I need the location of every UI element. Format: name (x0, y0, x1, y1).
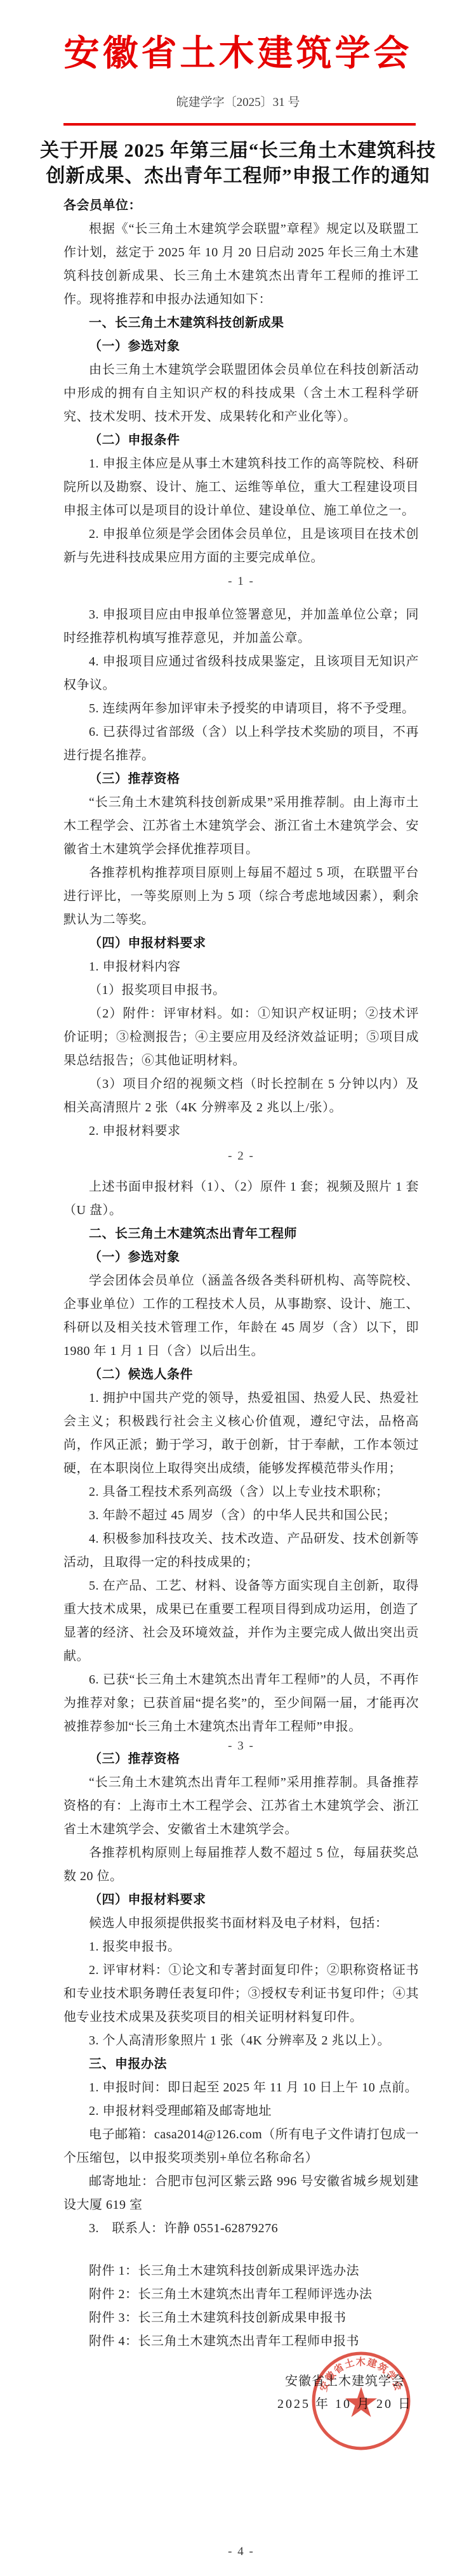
subsection-heading: （一）参选对象 (63, 1246, 419, 1269)
document-body: 各会员单位：根据《“长三角土木建筑学会联盟”章程》规定以及联盟工作计划，兹定于 … (0, 189, 476, 2576)
body-paragraph: 邮寄地址：合肥市包河区紫云路 996 号安徽省城乡规划建设大厦 619 室 (63, 2170, 419, 2217)
body-paragraph: 3. 年龄不超过 45 周岁（含）的中华人民共和国公民； (63, 1504, 419, 1527)
body-paragraph: 5. 在产品、工艺、材料、设备等方面实现自主创新，取得重大技术成果，成果已在重要… (63, 1574, 419, 1668)
body-paragraph: 3. 个人高清形象照片 1 张（4K 分辨率及 2 兆以上）。 (63, 2029, 419, 2053)
body-paragraph: 候选人申报须提供报奖书面材料及电子材料，包括： (63, 1912, 419, 1935)
body-paragraph: “长三角土木建筑杰出青年工程师”采用推荐制。具备推荐资格的有：上海市土木工程学会… (63, 1771, 419, 1841)
page-3: 上述书面申报材料（1）、（2）原件 1 套；视频及照片 1 套（U 盘）。二、长… (0, 1168, 476, 1740)
subsection-heading: （四）申报材料要求 (63, 1888, 419, 1912)
subsection-heading: （一）参选对象 (63, 335, 419, 358)
official-seal: 安徽省土木建筑学会 (310, 2350, 413, 2452)
red-divider-rule (63, 123, 416, 126)
page-number: - 1 - (63, 574, 419, 593)
page-2: 3. 申报项目应由申报单位签署意见，并加盖单位公章；同时经推荐机构填写推荐意见，… (0, 593, 476, 1168)
body-paragraph: 2. 申报单位须是学会团体会员单位，且是该项目在技术创新与先进科技成果应用方面的… (63, 523, 419, 570)
salutation: 各会员单位： (63, 194, 419, 218)
body-paragraph: 4. 积极参加科技攻关、技术改造、产品研发、技术创新等活动，且取得一定的科技成果… (63, 1527, 419, 1574)
body-paragraph: 5. 连续两年参加评审未予授奖的申请项目，将不予受理。 (63, 697, 419, 721)
body-paragraph: 1. 报奖申报书。 (63, 1935, 419, 1959)
body-paragraph: “长三角土木建筑科技创新成果”采用推荐制。由上海市土木工程学会、江苏省土木建筑学… (63, 791, 419, 861)
document-number: 皖建学字〔2025〕31 号 (0, 95, 476, 110)
attachment-list: 附件 1：长三角土木建筑科技创新成果评选办法附件 2：长三角土木建筑杰出青年工程… (63, 2259, 419, 2353)
notice-title: 关于开展 2025 年第三届“长三角土木建筑科技 创新成果、杰出青年工程师”申报… (0, 138, 476, 189)
attachment-item: 附件 3：长三角土木建筑科技创新成果申报书 (63, 2306, 419, 2330)
attachment-item: 附件 2：长三角土木建筑杰出青年工程师评选办法 (63, 2283, 419, 2306)
subsection-heading: （三）推荐资格 (63, 1748, 419, 1771)
body-paragraph: 6. 已获“长三角土木建筑杰出青年工程师”的人员，不再作为推荐对象；已获首届“提… (63, 1668, 419, 1739)
attachment-item: 附件 1：长三角土木建筑科技创新成果评选办法 (63, 2259, 419, 2283)
body-paragraph: 1. 申报主体应是从事土木建筑科技工作的高等院校、科研院所以及勘察、设计、施工、… (63, 452, 419, 523)
body-paragraph: 1. 申报材料内容 (63, 955, 419, 979)
subsection-heading: （二）候选人条件 (63, 1363, 419, 1387)
section-heading: 一、长三角土木建筑科技创新成果 (63, 311, 419, 335)
body-paragraph: 各推荐机构推荐项目原则上每届不超过 5 项，在联盟平台进行评比，一等奖原则上为 … (63, 861, 419, 932)
body-paragraph: 学会团体会员单位（涵盖各级各类科研机构、高等院校、企事业单位）工作的工程技术人员… (63, 1269, 419, 1363)
organization-title: 安徽省土木建筑学会 (0, 0, 476, 79)
seal-star-icon (345, 2387, 377, 2417)
body-paragraph: 由长三角土木建筑学会联盟团体会员单位在科技创新活动中形成的拥有自主知识产权的科技… (63, 358, 419, 429)
section-heading: 二、长三角土木建筑杰出青年工程师 (63, 1222, 419, 1246)
body-paragraph: 电子邮箱：casa2014@126.com（所有电子文件请打包成一个压缩包，以申… (63, 2123, 419, 2170)
body-paragraph: 根据《“长三角土木建筑学会联盟”章程》规定以及联盟工作计划，兹定于 2025 年… (63, 218, 419, 311)
page-number: - 2 - (63, 1149, 419, 1168)
official-notice-document: 安徽省土木建筑学会 皖建学字〔2025〕31 号 关于开展 2025 年第三届“… (0, 0, 476, 2576)
body-paragraph: 3. 申报项目应由申报单位签署意见，并加盖单位公章；同时经推荐机构填写推荐意见，… (63, 603, 419, 650)
body-paragraph: 1. 拥护中国共产党的领导，热爱祖国、热爱人民、热爱社会主义；积极践行社会主义核… (63, 1387, 419, 1481)
body-paragraph: 2. 具备工程技术系列高级（含）以上专业技术职称； (63, 1481, 419, 1504)
body-paragraph: 上述书面申报材料（1）、（2）原件 1 套；视频及照片 1 套（U 盘）。 (63, 1175, 419, 1222)
body-paragraph: 1. 申报时间：即日起至 2025 年 11 月 10 日上午 10 点前。 (63, 2076, 419, 2100)
page-1: 各会员单位：根据《“长三角土木建筑学会联盟”章程》规定以及联盟工作计划，兹定于 … (0, 189, 476, 593)
body-paragraph: （1）报奖项目申报书。 (63, 979, 419, 1002)
body-paragraph: 2. 申报材料受理邮箱及邮寄地址 (63, 2100, 419, 2123)
document-header: 安徽省土木建筑学会 皖建学字〔2025〕31 号 关于开展 2025 年第三届“… (0, 0, 476, 189)
page-number: - 4 - (63, 2544, 419, 2563)
body-paragraph: 2. 申报材料要求 (63, 1120, 419, 1143)
notice-title-line-2: 创新成果、杰出青年工程师”申报工作的通知 (0, 164, 476, 189)
subsection-heading: （四）申报材料要求 (63, 932, 419, 955)
body-paragraph: 2. 评审材料：①论文和专著封面复印件；②职称资格证书和专业技术职务聘任表复印件… (63, 1959, 419, 2029)
notice-title-line-1: 关于开展 2025 年第三届“长三角土木建筑科技 (0, 138, 476, 164)
body-paragraph: （2）附件：评审材料。如：①知识产权证明；②技术评价证明；③检测报告；④主要应用… (63, 1002, 419, 1073)
body-paragraph: 各推荐机构原则上每届推荐人数不超过 5 位，每届获奖总数 20 位。 (63, 1841, 419, 1888)
body-paragraph: 4. 申报项目应通过省级科技成果鉴定，且该项目无知识产权争议。 (63, 650, 419, 697)
body-paragraph: （3）项目介绍的视频文档（时长控制在 5 分钟以内）及相关高清照片 2 张（4K… (63, 1073, 419, 1120)
body-paragraph: 3. 联系人：许静 0551-62879276 (63, 2217, 419, 2240)
subsection-heading: （二）申报条件 (63, 429, 419, 452)
subsection-heading: （三）推荐资格 (63, 768, 419, 791)
section-heading: 三、申报办法 (63, 2053, 419, 2076)
body-paragraph: 6. 已获得过省部级（含）以上科学技术奖励的项目，不再进行提名推荐。 (63, 721, 419, 768)
